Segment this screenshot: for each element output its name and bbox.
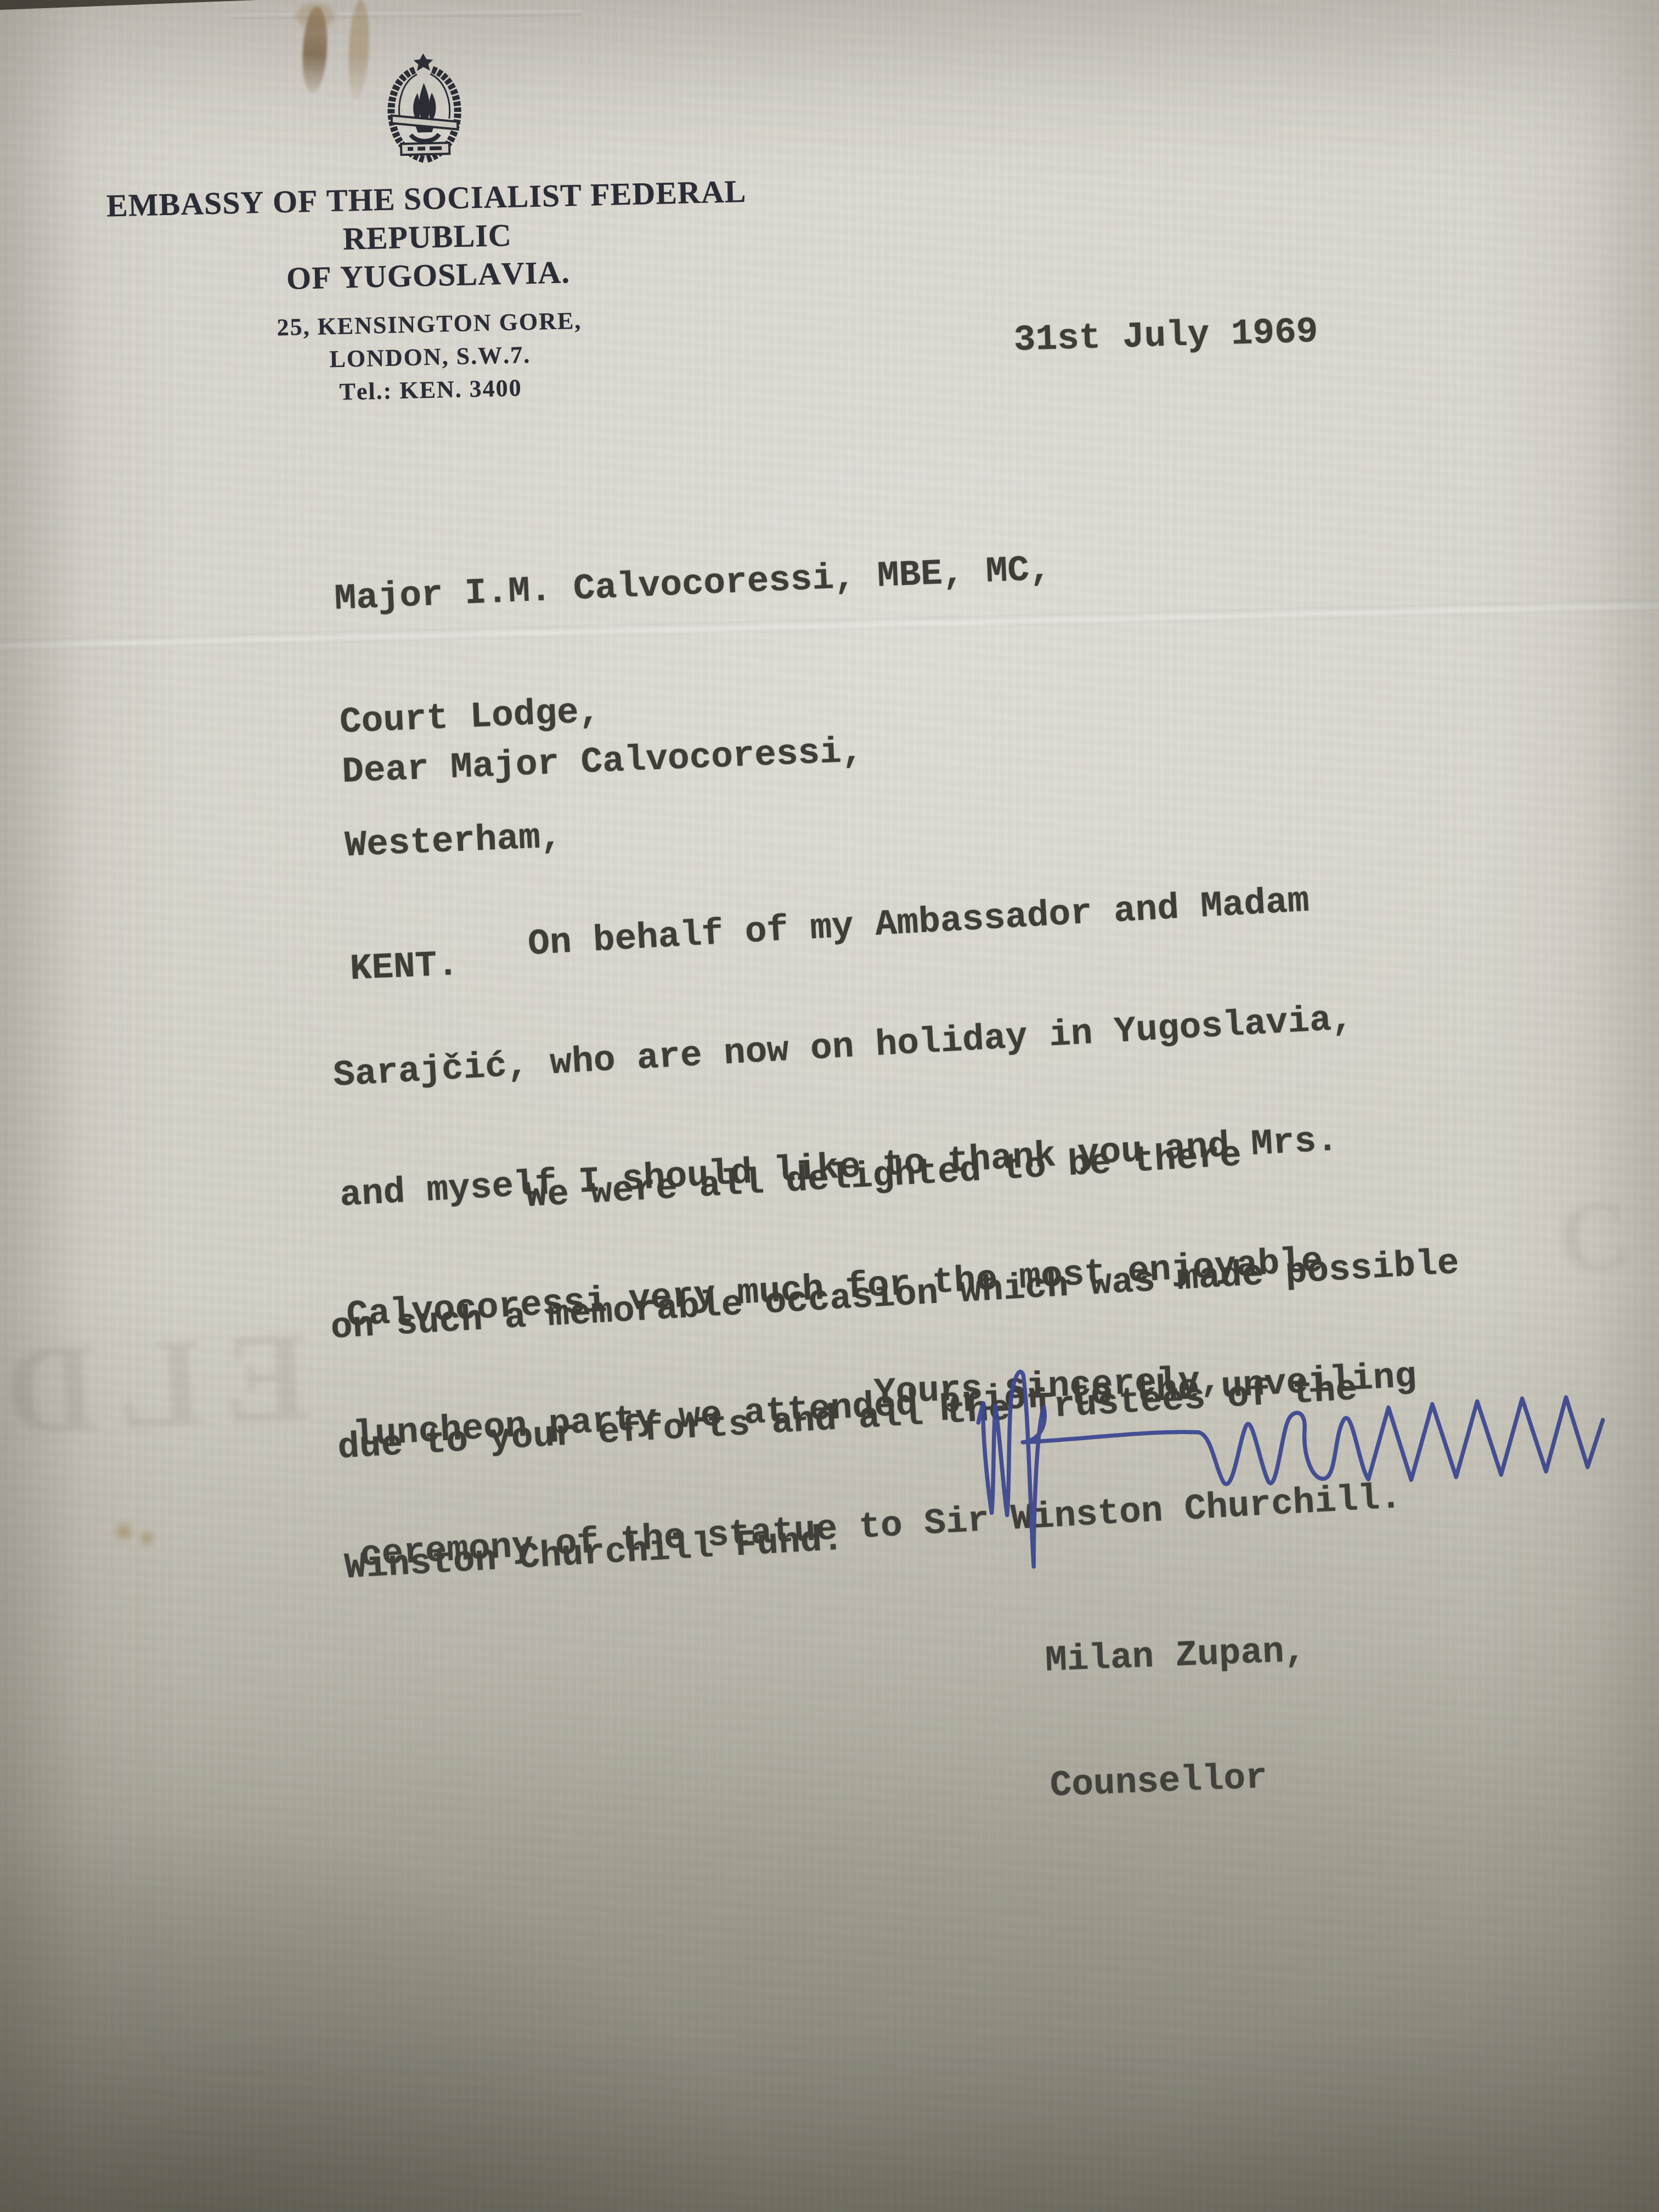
recipient-line: Court Lodge, — [339, 672, 1057, 743]
letter-photograph: ELD C — [0, 0, 1659, 2212]
foxing-spot — [137, 1527, 157, 1549]
letter-date: 31st July 1969 — [1013, 311, 1318, 360]
signature-scribble — [938, 1334, 1641, 1583]
yugoslavia-coat-of-arms-icon — [376, 51, 473, 170]
letterhead: EMBASSY OF THE SOCIALIST FEDERAL REPUBLI… — [66, 12, 788, 415]
recipient-line: Major I.M. Calvocoressi, MBE, MC, — [334, 549, 1052, 620]
body-line: on such a memorable occasion which was m… — [330, 1243, 1460, 1348]
signer-title: Counsellor — [1049, 1755, 1312, 1807]
signer-name: Milan Zupan, — [1045, 1630, 1307, 1682]
body-line: On behalf of my Ambassador and Madam — [325, 876, 1391, 975]
body-line: We were all delighted to be there — [323, 1123, 1453, 1228]
signature-block: Milan Zupan, Counsellor — [1041, 1547, 1314, 1891]
foxing-spot — [112, 1519, 136, 1545]
